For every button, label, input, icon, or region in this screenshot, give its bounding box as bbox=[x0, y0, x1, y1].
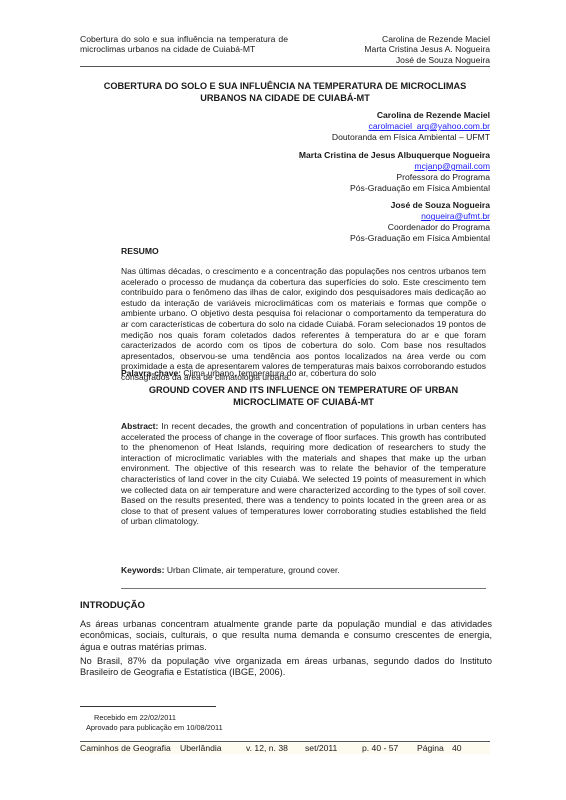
author-affiliation: Pós-Graduação em Física Ambiental bbox=[190, 183, 490, 194]
running-header-title: Cobertura do solo e sua influência na te… bbox=[80, 34, 288, 55]
running-header-authors: Carolina de Rezende Maciel Marta Cristin… bbox=[290, 34, 490, 65]
keywords-label: Keywords: bbox=[121, 565, 164, 575]
footnote-received: Recebido em 22/02/2011 bbox=[94, 713, 176, 722]
footnote-divider bbox=[80, 706, 216, 707]
author-name: José de Souza Nogueira bbox=[190, 200, 490, 211]
resumo-text: Nas últimas décadas, o crescimento e a c… bbox=[121, 266, 486, 383]
keywords-value: Urban Climate, air temperature, ground c… bbox=[167, 565, 340, 575]
running-header-author: Carolina de Rezende Maciel bbox=[290, 34, 490, 44]
header-divider bbox=[80, 66, 490, 67]
footer-journal: Caminhos de Geografia bbox=[80, 743, 171, 754]
footer-date: set/2011 bbox=[305, 743, 337, 754]
title-line: URBANOS NA CIDADE DE CUIABÁ-MT bbox=[80, 93, 490, 105]
abstract-body: In recent decades, the growth and concen… bbox=[121, 421, 486, 526]
title-line: MICROCLIMATE OF CUIABÁ-MT bbox=[121, 397, 486, 409]
author-name: Marta Cristina de Jesus Albuquerque Nogu… bbox=[190, 150, 490, 161]
keywords-label: Palavra-chave: bbox=[121, 368, 181, 378]
running-header-author: Marta Cristina Jesus A. Nogueira bbox=[290, 44, 490, 54]
author-block: José de Souza Nogueira nogueira@ufmt.br … bbox=[190, 200, 490, 244]
running-header-author: José de Souza Nogueira bbox=[290, 55, 490, 65]
keywords-value: Clima urbano, temperatura do ar, cobertu… bbox=[183, 368, 376, 378]
abstract-keywords: Keywords: Urban Climate, air temperature… bbox=[121, 565, 486, 575]
footer-page-number: 40 bbox=[452, 743, 462, 754]
footnote-approved: Aprovado para publicação em 10/08/2011 bbox=[86, 723, 223, 732]
author-affiliation: Pós-Graduação em Física Ambiental bbox=[190, 233, 490, 244]
section-divider bbox=[121, 588, 486, 589]
introducao-heading: INTRODUÇÃO bbox=[80, 600, 145, 611]
abstract-label: Abstract: bbox=[121, 421, 158, 431]
footer-page-label: Página bbox=[417, 743, 444, 754]
title-line: COBERTURA DO SOLO E SUA INFLUÊNCIA NA TE… bbox=[80, 81, 490, 93]
title-line: GROUND COVER AND ITS INFLUENCE ON TEMPER… bbox=[121, 385, 486, 397]
author-block: Marta Cristina de Jesus Albuquerque Nogu… bbox=[190, 150, 490, 194]
author-email-link[interactable]: carolmaciel_arq@yahoo.com.br bbox=[369, 121, 490, 131]
footer-divider bbox=[80, 741, 490, 742]
resumo-heading: RESUMO bbox=[121, 246, 159, 256]
paper-title-en: GROUND COVER AND ITS INFLUENCE ON TEMPER… bbox=[121, 385, 486, 409]
footer-pages: p. 40 - 57 bbox=[362, 743, 398, 754]
intro-paragraph: No Brasil, 87% da população vive organiz… bbox=[80, 656, 492, 679]
author-affiliation: Professora do Programa bbox=[190, 172, 490, 183]
page-footer: Caminhos de Geografia Uberlândia v. 12, … bbox=[80, 743, 490, 754]
author-block: Carolina de Rezende Maciel carolmaciel_a… bbox=[190, 110, 490, 143]
paper-title-pt: COBERTURA DO SOLO E SUA INFLUÊNCIA NA TE… bbox=[80, 81, 490, 104]
footer-volume: v. 12, n. 38 bbox=[246, 743, 288, 754]
author-email-link[interactable]: nogueira@ufmt.br bbox=[421, 211, 490, 221]
resumo-keywords: Palavra-chave: Clima urbano, temperatura… bbox=[121, 368, 486, 378]
intro-paragraph: As áreas urbanas concentram atualmente g… bbox=[80, 619, 492, 653]
author-affiliation: Coordenador do Programa bbox=[190, 222, 490, 233]
footer-city: Uberlândia bbox=[180, 743, 222, 754]
author-email-link[interactable]: mcjanp@gmail.com bbox=[414, 161, 490, 171]
author-name: Carolina de Rezende Maciel bbox=[190, 110, 490, 121]
author-affiliation: Doutoranda em Física Ambiental – UFMT bbox=[190, 132, 490, 143]
abstract-text: Abstract: In recent decades, the growth … bbox=[121, 421, 486, 527]
